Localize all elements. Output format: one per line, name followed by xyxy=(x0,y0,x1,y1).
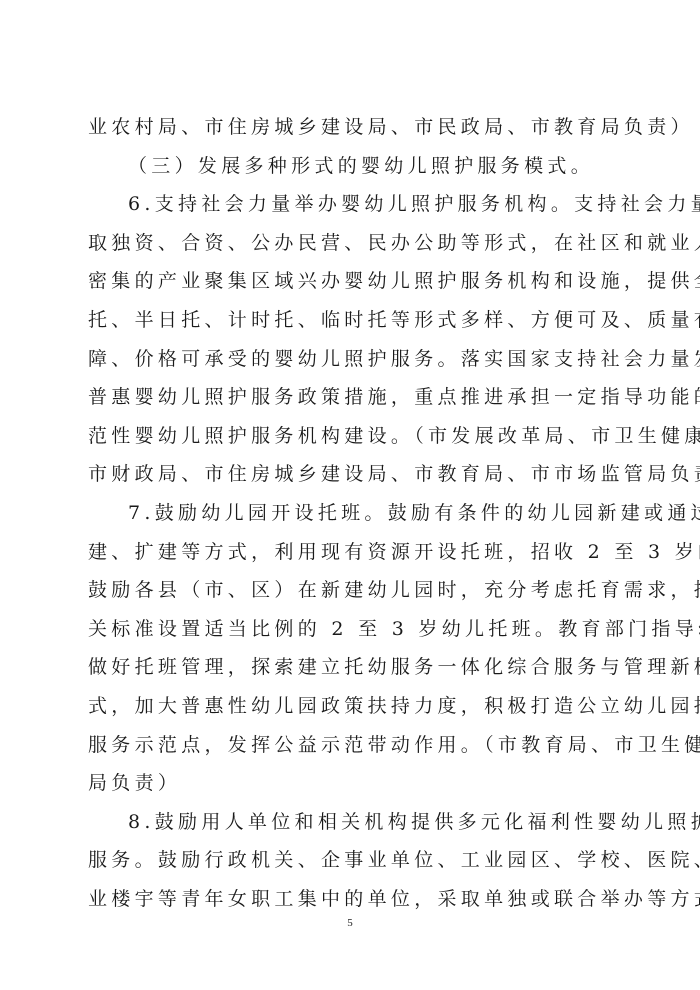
text-line: 普惠婴幼儿照护服务政策措施，重点推进承担一定指导功能的示 xyxy=(88,378,612,417)
text-line: 障、价格可承受的婴幼儿照护服务。落实国家支持社会力量发展 xyxy=(88,340,612,379)
document-page: 业农村局、市住房城乡建设局、市民政局、市教育局负责） （三）发展多种形式的婴幼儿… xyxy=(0,0,700,990)
text-line: 托、半日托、计时托、临时托等形式多样、方便可及、质量有保 xyxy=(88,301,612,340)
text-line: 取独资、合资、公办民营、民办公助等形式，在社区和就业人群 xyxy=(88,224,612,263)
text-line: 密集的产业聚集区域兴办婴幼儿照护服务机构和设施，提供全日 xyxy=(88,262,612,301)
text-line: 服务。鼓励行政机关、企事业单位、工业园区、学校、医院、商 xyxy=(88,841,612,880)
paragraph-6-start: 6.支持社会力量举办婴幼儿照护服务机构。支持社会力量采 xyxy=(88,185,612,224)
page-number: 5 xyxy=(0,917,700,929)
document-body: 业农村局、市住房城乡建设局、市民政局、市教育局负责） （三）发展多种形式的婴幼儿… xyxy=(88,108,612,918)
section-heading-3: （三）发展多种形式的婴幼儿照护服务模式。 xyxy=(88,147,612,186)
text-line: 业楼宇等青年女职工集中的单位，采取单独或联合举办等方式， xyxy=(88,880,612,919)
text-line: 建、扩建等方式，利用现有资源开设托班，招收 2 至 3 岁的幼儿。 xyxy=(88,533,612,572)
text-line: 鼓励各县（市、区）在新建幼儿园时，充分考虑托育需求，按有 xyxy=(88,571,612,610)
text-line: 局负责） xyxy=(88,764,612,803)
text-line: 市财政局、市住房城乡建设局、市教育局、市市场监管局负责） xyxy=(88,455,612,494)
text-line: 服务示范点，发挥公益示范带动作用。（市教育局、市卫生健康 xyxy=(88,726,612,765)
text-line: 做好托班管理，探索建立托幼服务一体化综合服务与管理新模 xyxy=(88,648,612,687)
text-line-continuation: 业农村局、市住房城乡建设局、市民政局、市教育局负责） xyxy=(88,108,612,147)
text-line: 关标准设置适当比例的 2 至 3 岁幼儿托班。教育部门指导幼儿园 xyxy=(88,610,612,649)
paragraph-7-start: 7.鼓励幼儿园开设托班。鼓励有条件的幼儿园新建或通过改 xyxy=(88,494,612,533)
text-line: 范性婴幼儿照护服务机构建设。（市发展改革局、市卫生健康局、 xyxy=(88,417,612,456)
paragraph-8-start: 8.鼓励用人单位和相关机构提供多元化福利性婴幼儿照护 xyxy=(88,803,612,842)
text-line: 式，加大普惠性幼儿园政策扶持力度，积极打造公立幼儿园托育 xyxy=(88,687,612,726)
